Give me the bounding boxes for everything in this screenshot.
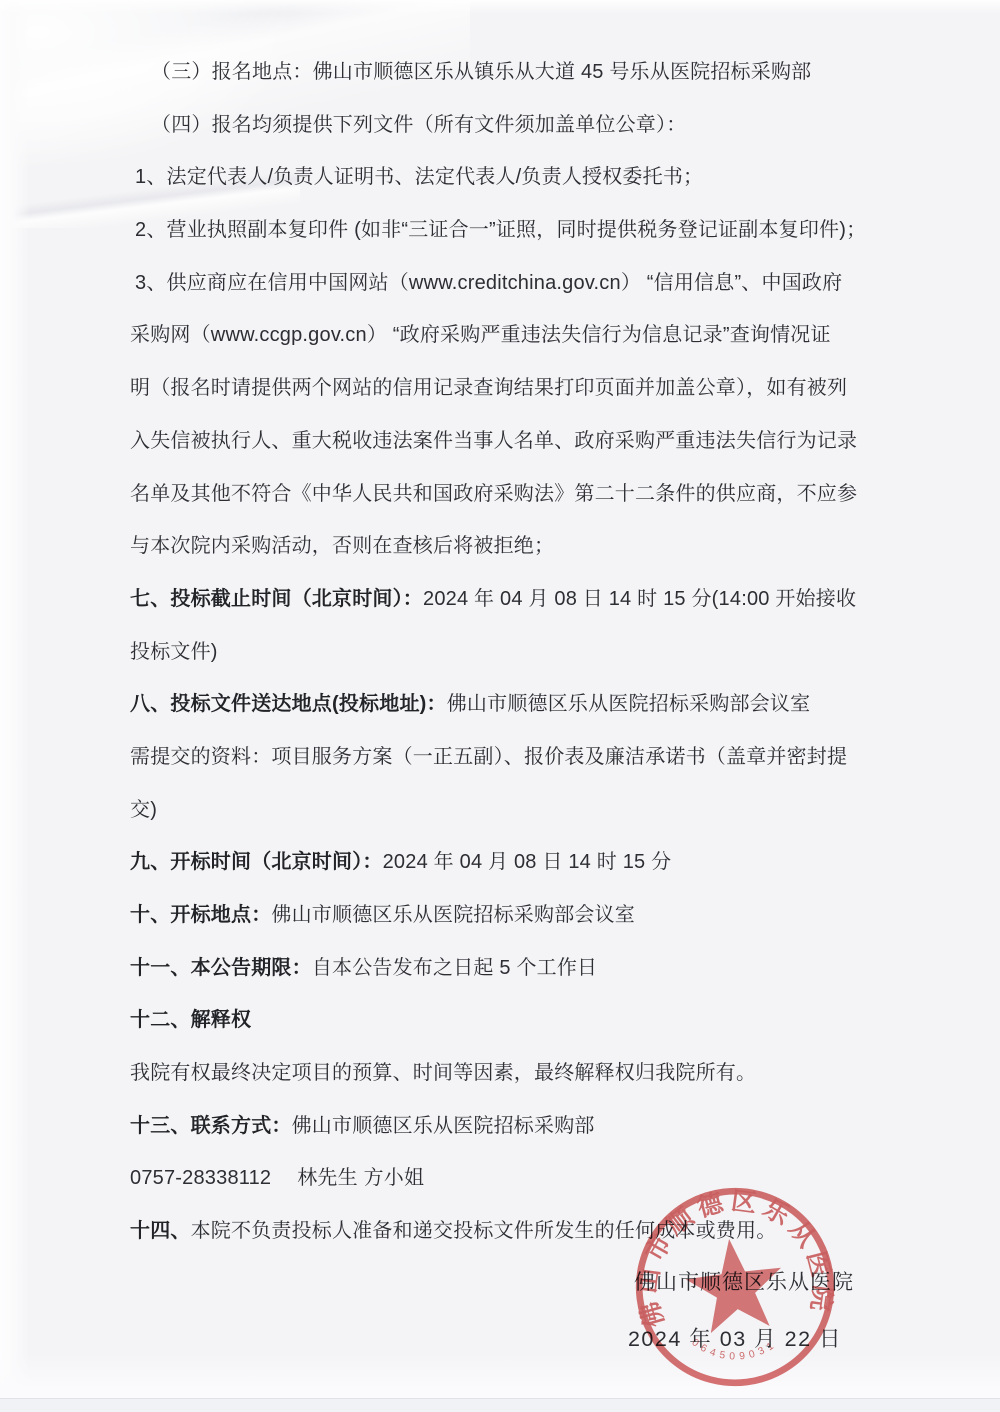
- doc-text: 佛山市顺德区乐从医院招标采购部: [292, 1115, 595, 1137]
- document-body: （三）报名地点：佛山市顺德区乐从镇乐从大道 45 号乐从医院招标采购部 （四）报…: [130, 46, 878, 1258]
- doc-line-sec12-interpretation: 十二、解释权: [130, 994, 878, 1047]
- doc-section-label: 八、投标文件送达地点(投标地址)：: [130, 693, 447, 715]
- doc-text: （三）报名地点：佛山市顺德区乐从镇乐从大道 45 号乐从医院招标采购部: [151, 61, 811, 83]
- doc-text: （四）报名均须提供下列文件（所有文件须加盖单位公章）：: [151, 114, 686, 136]
- doc-text: 交): [130, 799, 157, 821]
- doc-text: 明（报名时请提供两个网站的信用记录查询结果打印页面并加盖公章），如有被列: [130, 377, 847, 399]
- doc-section-label: 七、投标截止时间（北京时间）：: [130, 588, 423, 610]
- scan-edge-left: [0, 0, 30, 1412]
- doc-text: 佛山市顺德区乐从医院招标采购部会议室: [271, 904, 635, 926]
- doc-text: 入失信被执行人、重大税收违法案件当事人名单、政府采购严重违法失信行为记录: [130, 430, 857, 452]
- doc-line-sec9-opening-time: 九、开标时间（北京时间）：2024 年 04 月 08 日 14 时 15 分: [130, 836, 878, 889]
- doc-line-item-2: 2、营业执照副本复印件 (如非“三证合一”证照，同时提供税务登记证副本复印件)；: [130, 204, 878, 257]
- doc-line-sec13-contact: 十三、联系方式：佛山市顺德区乐从医院招标采购部: [130, 1100, 878, 1153]
- doc-section-label: 十一、本公告期限：: [130, 957, 312, 979]
- doc-text: 与本次院内采购活动，否则在查核后将被拒绝；: [130, 535, 554, 557]
- doc-line-item-3-cont: 入失信被执行人、重大税收违法案件当事人名单、政府采购严重违法失信行为记录: [130, 415, 878, 468]
- doc-section-label: 十四、: [130, 1220, 191, 1242]
- doc-line-sec8-cont: 交): [130, 784, 878, 837]
- doc-line-item-3-cont: 明（报名时请提供两个网站的信用记录查询结果打印页面并加盖公章），如有被列: [130, 362, 878, 415]
- doc-line-required-documents-heading: （四）报名均须提供下列文件（所有文件须加盖单位公章）：: [130, 99, 878, 152]
- doc-text: 投标文件): [130, 641, 218, 663]
- doc-line-sec14-disclaimer: 十四、本院不负责投标人准备和递交投标文件所发生的任何成本或费用。: [130, 1205, 878, 1258]
- doc-section-label: 十、开标地点：: [130, 904, 271, 926]
- doc-line-item-3-cont: 与本次院内采购活动，否则在查核后将被拒绝；: [130, 520, 878, 573]
- signature-date: 2024 年 03 月 22 日: [628, 1322, 842, 1353]
- doc-line-registration-location: （三）报名地点：佛山市顺德区乐从镇乐从大道 45 号乐从医院招标采购部: [130, 46, 878, 99]
- doc-line-sec7-cont: 投标文件): [130, 626, 878, 679]
- doc-section-label: 十二、解释权: [130, 1009, 251, 1031]
- doc-line-sec8-cont: 需提交的资料：项目服务方案（一正五副）、报价表及廉洁承诺书（盖章并密封提: [130, 731, 878, 784]
- doc-section-label: 九、开标时间（北京时间）：: [130, 851, 383, 873]
- doc-text: 2024 年 04 月 08 日 14 时 15 分: [383, 851, 672, 873]
- doc-line-sec11-notice-period: 十一、本公告期限：自本公告发布之日起 5 个工作日: [130, 942, 878, 995]
- doc-text: 采购网（www.ccgp.gov.cn） “政府采购严重违法失信行为信息记录”查…: [130, 324, 831, 346]
- doc-section-label: 十三、联系方式：: [130, 1115, 292, 1137]
- doc-line-item-1: 1、法定代表人/负责人证明书、法定代表人/负责人授权委托书；: [130, 151, 878, 204]
- doc-text: 需提交的资料：项目服务方案（一正五副）、报价表及廉洁承诺书（盖章并密封提: [130, 746, 847, 768]
- paper-bottom-band: [0, 1354, 1000, 1398]
- doc-line-sec12-cont: 我院有权最终决定项目的预算、时间等因素，最终解释权归我院所有。: [130, 1047, 878, 1100]
- doc-line-item-3-cont: 名单及其他不符合《中华人民共和国政府采购法》第二十二条件的供应商，不应参: [130, 468, 878, 521]
- doc-text: 1、法定代表人/负责人证明书、法定代表人/负责人授权委托书；: [135, 166, 703, 188]
- doc-line-sec7-bid-deadline: 七、投标截止时间（北京时间）：2024 年 04 月 08 日 14 时 15 …: [130, 573, 878, 626]
- doc-text: 我院有权最终决定项目的预算、时间等因素，最终解释权归我院所有。: [130, 1062, 756, 1084]
- doc-text: 3、供应商应在信用中国网站（www.creditchina.gov.cn） “信…: [135, 272, 842, 294]
- scan-edge-bottom: [0, 1398, 1000, 1412]
- doc-line-sec8-delivery-location: 八、投标文件送达地点(投标地址)：佛山市顺德区乐从医院招标采购部会议室: [130, 678, 878, 731]
- doc-text: 名单及其他不符合《中华人民共和国政府采购法》第二十二条件的供应商，不应参: [130, 483, 857, 505]
- doc-text: 本院不负责投标人准备和递交投标文件所发生的任何成本或费用。: [191, 1220, 777, 1242]
- doc-text: 2、营业执照副本复印件 (如非“三证合一”证照，同时提供税务登记证副本复印件)；: [135, 219, 866, 241]
- doc-line-sec10-opening-location: 十、开标地点：佛山市顺德区乐从医院招标采购部会议室: [130, 889, 878, 942]
- doc-line-phone-contacts: 0757-28338112 林先生 方小姐: [130, 1152, 878, 1205]
- signature-organization: 佛山市顺德区乐从医院: [634, 1266, 854, 1296]
- doc-line-item-3: 3、供应商应在信用中国网站（www.creditchina.gov.cn） “信…: [130, 257, 878, 310]
- doc-text: 2024 年 04 月 08 日 14 时 15 分(14:00 开始接收: [423, 588, 856, 610]
- doc-line-item-3-cont: 采购网（www.ccgp.gov.cn） “政府采购严重违法失信行为信息记录”查…: [130, 309, 878, 362]
- doc-text: 佛山市顺德区乐从医院招标采购部会议室: [447, 693, 811, 715]
- doc-text: 0757-28338112 林先生 方小姐: [130, 1167, 424, 1189]
- scan-edge-top: [0, 0, 1000, 14]
- doc-text: 自本公告发布之日起 5 个工作日: [312, 957, 597, 979]
